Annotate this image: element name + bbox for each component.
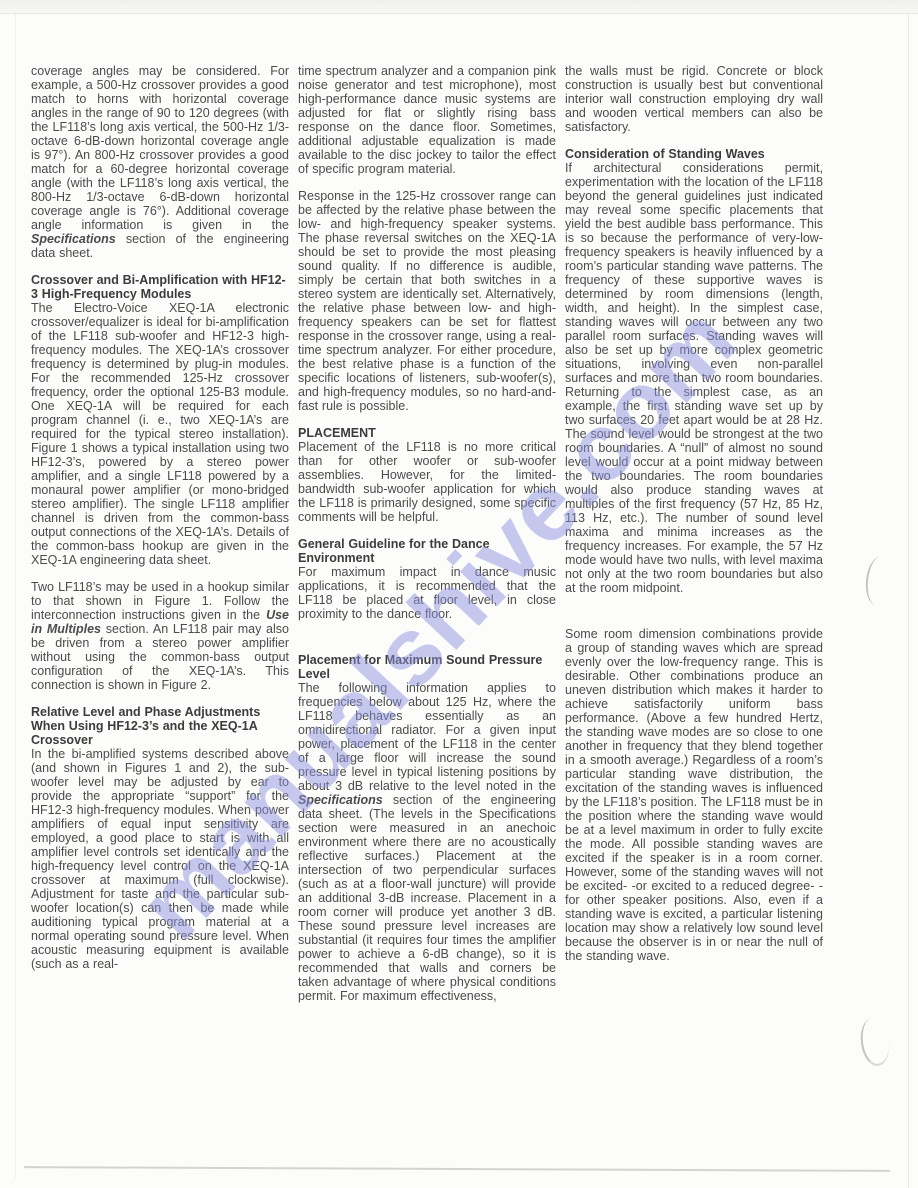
body-text: Two LF118’s may be used in a hookup simi… [31,580,289,622]
paragraph: time spectrum analyzer and a companion p… [298,64,556,176]
body-text: In the bi-amplified systems described ab… [31,747,289,971]
paragraph: If architectural considerations permit, … [565,161,823,595]
paragraph: For maximum impact in dance music applic… [298,565,556,621]
section-heading: Crossover and Bi-Amplification with HF12… [31,273,289,301]
body-text: time spectrum analyzer and a companion p… [298,64,556,176]
body-text: PLACEMENT [298,426,376,440]
emphasized-text: Specifications [298,793,383,807]
scan-artifact-arc-lower [858,1016,892,1067]
body-text: The following information applies to fre… [298,681,556,793]
text-column-2: time spectrum analyzer and a companion p… [298,64,556,1003]
document-page: coverage angles may be considered. For e… [0,0,918,1188]
paragraph: The Electro-Voice XEQ-1A electronic cros… [31,301,289,567]
text-column-1: coverage angles may be considered. For e… [31,64,289,971]
text-columns: coverage angles may be considered. For e… [31,64,823,1003]
section-heading: Consideration of Standing Waves [565,147,823,161]
page-bottom-edge-line [24,1166,890,1172]
body-text: Crossover and Bi-Amplification with HF12… [31,273,286,301]
body-text: Placement of the LF118 is no more critic… [298,440,556,524]
section-heading: Placement for Maximum Sound Pressure Lev… [298,653,556,681]
section-heading: General Guideline for the Dance Environm… [298,537,556,565]
body-text: section of the engineering data sheet. (… [298,793,556,1003]
body-text: Response in the 125-Hz crossover range c… [298,189,556,413]
body-text: The Electro-Voice XEQ-1A electronic cros… [31,301,289,567]
page-right-edge-line [908,14,909,1188]
body-text: Some room dimension combinations provide… [565,627,823,963]
body-text: General Guideline for the Dance Environm… [298,537,490,565]
body-text: Consideration of Standing Waves [565,147,765,161]
page-left-edge-line [15,14,16,1178]
body-text: coverage angles may be considered. For e… [31,64,289,232]
page-top-edge [0,0,918,14]
body-text: Relative Level and Phase Adjustments Whe… [31,705,260,747]
emphasized-text: Specifications [31,232,116,246]
scan-artifact-arc-upper [864,556,893,606]
paragraph: Two LF118’s may be used in a hookup simi… [31,580,289,692]
paragraph: coverage angles may be considered. For e… [31,64,289,260]
paragraph: The following information applies to fre… [298,681,556,1003]
paragraph: In the bi-amplified systems described ab… [31,747,289,971]
paragraph: the walls must be rigid. Concrete or blo… [565,64,823,134]
paragraph: Response in the 125-Hz crossover range c… [298,189,556,413]
body-text: Placement for Maximum Sound Pressure Lev… [298,653,542,681]
body-text: If architectural considerations permit, … [565,161,823,595]
body-text: the walls must be rigid. Concrete or blo… [565,64,823,134]
body-text: For maximum impact in dance music applic… [298,565,556,621]
section-heading: Relative Level and Phase Adjustments Whe… [31,705,289,747]
paragraph: Placement of the LF118 is no more critic… [298,440,556,524]
paragraph: Some room dimension combinations provide… [565,627,823,963]
section-heading: PLACEMENT [298,426,556,440]
text-column-3: the walls must be rigid. Concrete or blo… [565,64,823,963]
